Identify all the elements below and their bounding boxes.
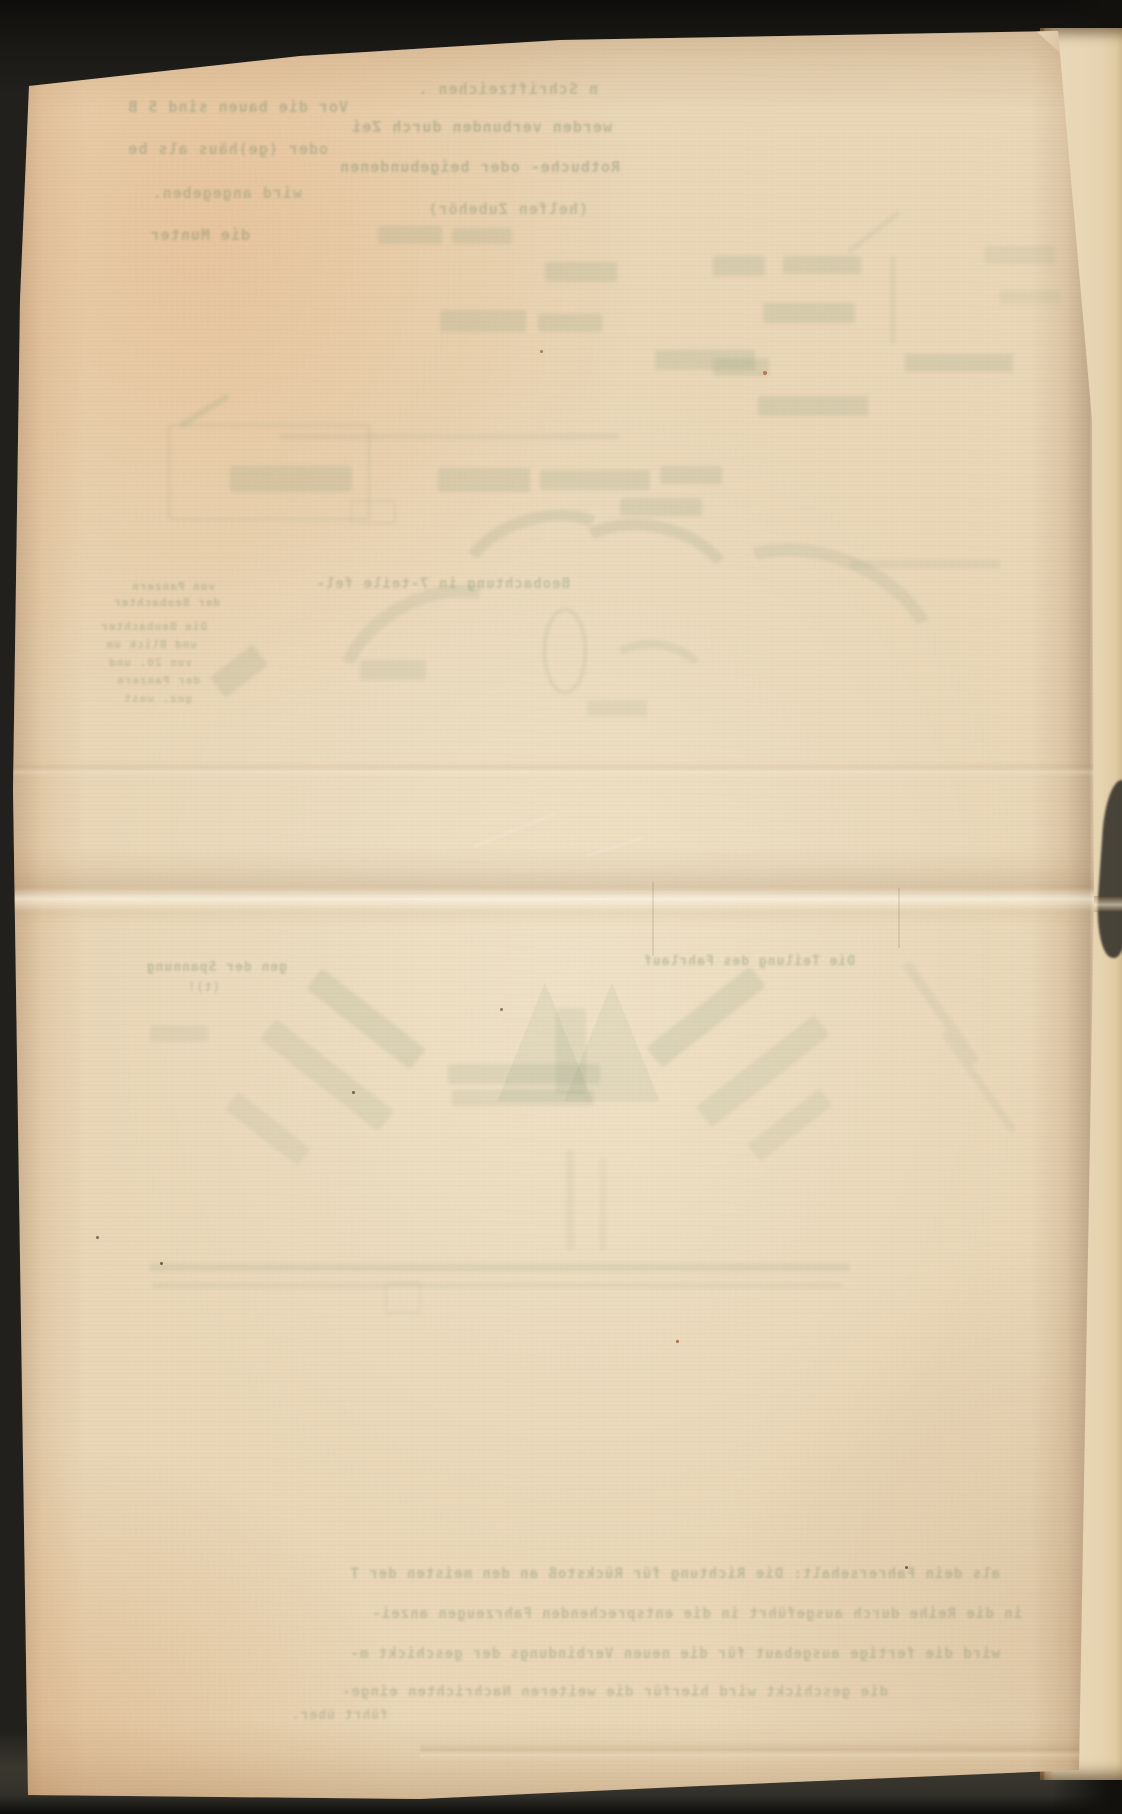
paper-speck [676, 1340, 679, 1343]
next-page-ink-blob [1094, 779, 1122, 959]
paper-speck [352, 1091, 355, 1094]
speck-layer [0, 0, 1122, 1814]
paper-speck [160, 1262, 163, 1265]
scanned-document: Vor die bauen sind 5 Be-oder (ge)häus al… [0, 0, 1122, 1814]
paper-speck [763, 371, 767, 375]
paper-speck [96, 1236, 99, 1239]
paper-speck [500, 1008, 503, 1011]
page-sheet: Vor die bauen sind 5 Be-oder (ge)häus al… [0, 0, 1122, 1814]
paper-speck [905, 1566, 908, 1569]
paper-speck [540, 350, 543, 353]
